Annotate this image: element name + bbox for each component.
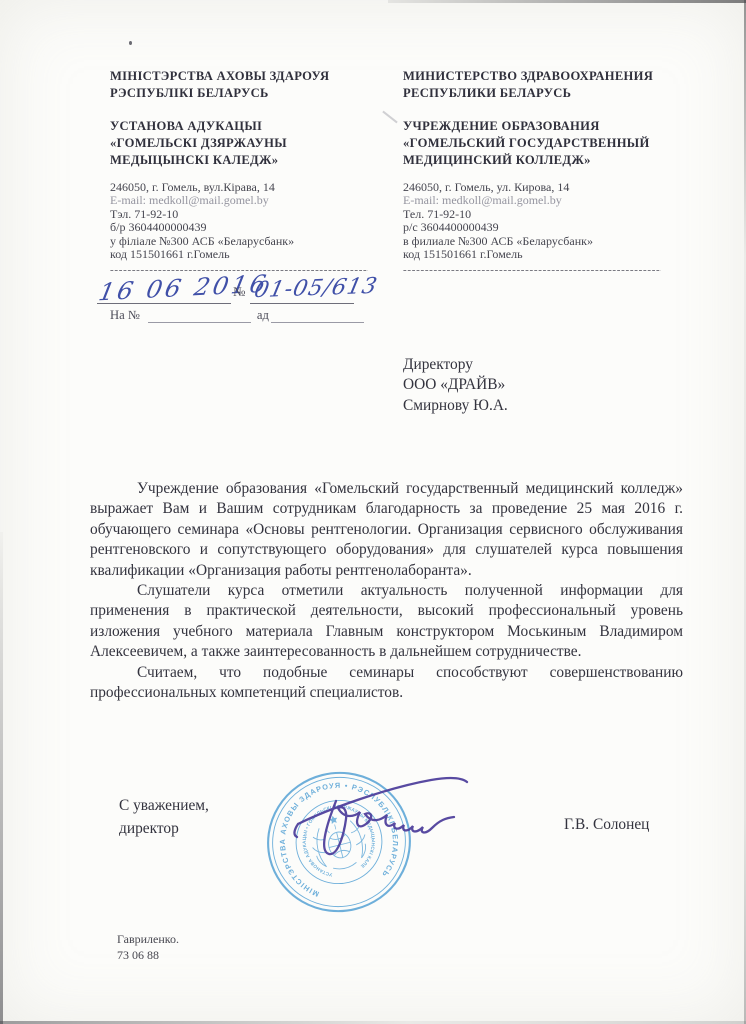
organization-line: МЕДЫЦЫНСКІ КАЛЕДЖ» <box>110 152 406 169</box>
ministry-line: РЕСПУБЛИКИ БЕЛАРУСЬ <box>403 85 699 102</box>
address-account: р/с 3604400000439 <box>403 221 699 234</box>
body-paragraph: Считаем, что подобные семинары способств… <box>90 663 683 704</box>
reply-date-blank <box>271 310 364 323</box>
ministry-line: МІНІСТЭРСТВА АХОВЫ ЗДАРОУЯ <box>110 68 406 85</box>
handwritten-outgoing-number: 01-05/613 <box>252 274 380 303</box>
address-email: E-mail: medkoll@mail.gomel.by <box>110 194 406 207</box>
addressee-position: Директору <box>403 355 508 375</box>
address-street: 246050, г. Гомель, вул.Кірава, 14 <box>110 181 406 194</box>
signer-name: Г.В. Солонец <box>564 816 649 834</box>
body-paragraph: Учреждение образования «Гомельский госуд… <box>90 479 683 581</box>
addressee-person: Смирнову Ю.А. <box>403 396 508 416</box>
address-phone: Тел. 71-92-10 <box>403 208 699 221</box>
reply-number-blank <box>148 310 251 323</box>
scanned-letter-page: МІНІСТЭРСТВА АХОВЫ ЗДАРОУЯ РЭСПУБЛІКІ БЕ… <box>0 0 746 1024</box>
scan-edge-left <box>0 532 3 1024</box>
ministry-name-ru: МИНИСТЕРСТВО ЗДРАВООХРАНЕНИЯ РЕСПУБЛИКИ … <box>403 68 699 102</box>
organization-name-by: УСТАНОВА АДУКАЦЫІ «ГОМЕЛЬСКІ ДЗЯРЖАУНЫ М… <box>110 118 406 169</box>
reply-number-label: На № <box>110 308 140 322</box>
address-block-ru: 246050, г. Гомель, ул. Кирова, 14 E-mail… <box>403 181 699 261</box>
ministry-line: МИНИСТЕРСТВО ЗДРАВООХРАНЕНИЯ <box>403 68 699 85</box>
ref-number-label: № <box>233 284 245 300</box>
address-account: б/р 3604400000439 <box>110 221 406 234</box>
organization-line: УСТАНОВА АДУКАЦЫІ <box>110 118 406 135</box>
address-code: код 151501661 г.Гомель <box>403 248 699 261</box>
address-code: код 151501661 г.Гомель <box>110 248 406 261</box>
letter-body: Учреждение образования «Гомельский госуд… <box>90 479 683 703</box>
scan-edge-top <box>388 0 746 3</box>
addressee-block: Директору ООО «ДРАЙВ» Смирнову Ю.А. <box>403 355 508 416</box>
closing-salutation: С уважением, <box>119 795 209 818</box>
organization-line: МЕДИЦИНСКИЙ КОЛЛЕДЖ» <box>403 152 699 169</box>
executor-phone: 73 06 88 <box>117 948 179 964</box>
addressee-company: ООО «ДРАЙВ» <box>403 375 508 395</box>
address-street: 246050, г. Гомель, ул. Кирова, 14 <box>403 181 699 194</box>
handwritten-signature <box>286 768 471 868</box>
organization-name-ru: УЧРЕЖДЕНИЕ ОБРАЗОВАНИЯ «ГОМЕЛЬСКИЙ ГОСУД… <box>403 118 699 169</box>
executor-block: Гавриленко. 73 06 88 <box>117 932 179 963</box>
ministry-name-by: МІНІСТЭРСТВА АХОВЫ ЗДАРОУЯ РЭСПУБЛІКІ БЕ… <box>110 68 406 102</box>
organization-line: «ГОМЕЛЬСКИЙ ГОСУДАРСТВЕННЫЙ <box>403 135 699 152</box>
dashed-separator: ----------------------------------------… <box>403 262 661 279</box>
address-bank: у філіале №300 АСБ «Беларусбанк» <box>110 235 406 248</box>
address-phone: Тэл. 71-92-10 <box>110 208 406 221</box>
address-bank: в филиале №300 АСБ «Беларусбанк» <box>403 235 699 248</box>
organization-line: «ГОМЕЛЬСКІ ДЗЯРЖАУНЫ <box>110 135 406 152</box>
reply-reference-row: На №ад <box>110 308 364 323</box>
address-block-by: 246050, г. Гомель, вул.Кірава, 14 E-mail… <box>110 181 406 261</box>
letterhead-column-russian: МИНИСТЕРСТВО ЗДРАВООХРАНЕНИЯ РЕСПУБЛИКИ … <box>403 68 699 279</box>
paper-speck <box>129 41 132 45</box>
date-underline <box>97 302 231 304</box>
letterhead-column-belarusian: МІНІСТЭРСТВА АХОВЫ ЗДАРОУЯ РЭСПУБЛІКІ БЕ… <box>110 68 406 279</box>
ministry-line: РЭСПУБЛІКІ БЕЛАРУСЬ <box>110 85 406 102</box>
body-paragraph: Слушатели курса отметили актуальность по… <box>90 581 683 663</box>
number-underline <box>250 302 354 304</box>
reply-date-label: ад <box>257 308 269 322</box>
closing-block: С уважением, директор <box>119 795 209 840</box>
director-title: директор <box>119 818 209 841</box>
signature-cross-stroke <box>294 778 467 837</box>
executor-name: Гавриленко. <box>117 932 179 948</box>
organization-line: УЧРЕЖДЕНИЕ ОБРАЗОВАНИЯ <box>403 118 699 135</box>
signature-scribble <box>324 801 454 854</box>
address-email: E-mail: medkoll@mail.gomel.by <box>403 194 699 207</box>
